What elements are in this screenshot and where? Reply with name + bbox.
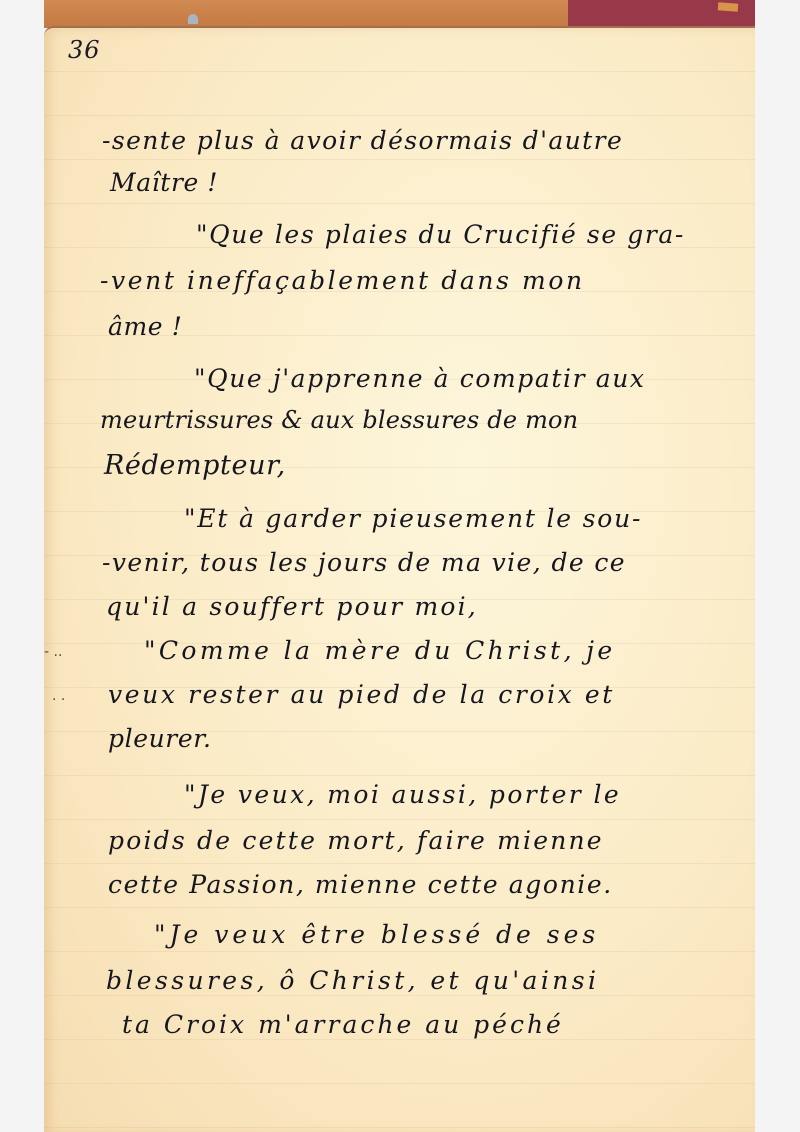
text-line-19: blessures, ô Christ, et qu'ainsi	[106, 966, 599, 995]
text-line-18: "Je veux être blessé de ses	[154, 920, 599, 949]
text-line-10: -venir, tous les jours de ma vie, de ce	[102, 548, 626, 577]
text-line-6: "Que j'apprenne à compatir aux	[194, 364, 646, 393]
document-viewer: 36 -sente plus à avoir désormais d'autre…	[0, 0, 800, 1132]
text-line-5: âme !	[108, 312, 182, 341]
text-line-7: meurtrissures & aux blessures de mon	[100, 406, 578, 434]
text-line-16: poids de cette mort, faire mienne	[108, 826, 604, 855]
text-line-3: "Que les plaies du Crucifié se gra-	[196, 220, 685, 249]
margin-mark-2: . .	[52, 688, 65, 704]
text-line-8: Rédempteur,	[104, 450, 286, 481]
text-line-20: ta Croix m'arrache au péché	[122, 1010, 564, 1039]
pin-icon	[188, 14, 198, 24]
margin-mark-1: - ..	[44, 644, 62, 660]
notebook-cover-edge	[44, 0, 755, 28]
text-line-14: pleurer.	[108, 724, 212, 753]
text-line-13: veux rester au pied de la croix et	[108, 680, 615, 709]
text-line-9: "Et à garder pieusement le sou-	[184, 504, 642, 533]
text-line-2: Maître !	[110, 168, 218, 197]
cover-tab	[718, 2, 739, 11]
text-line-4: -vent ineffaçablement dans mon	[100, 266, 585, 295]
manuscript-page: 36 -sente plus à avoir désormais d'autre…	[44, 26, 755, 1132]
text-line-1: -sente plus à avoir désormais d'autre	[102, 126, 623, 155]
text-line-11: qu'il a souffert pour moi,	[106, 592, 478, 621]
text-line-12: "Comme la mère du Christ, je	[144, 636, 616, 665]
text-line-17: cette Passion, mienne cette agonie.	[108, 870, 613, 899]
page-number: 36	[68, 36, 101, 64]
text-line-15: "Je veux, moi aussi, porter le	[184, 780, 621, 809]
